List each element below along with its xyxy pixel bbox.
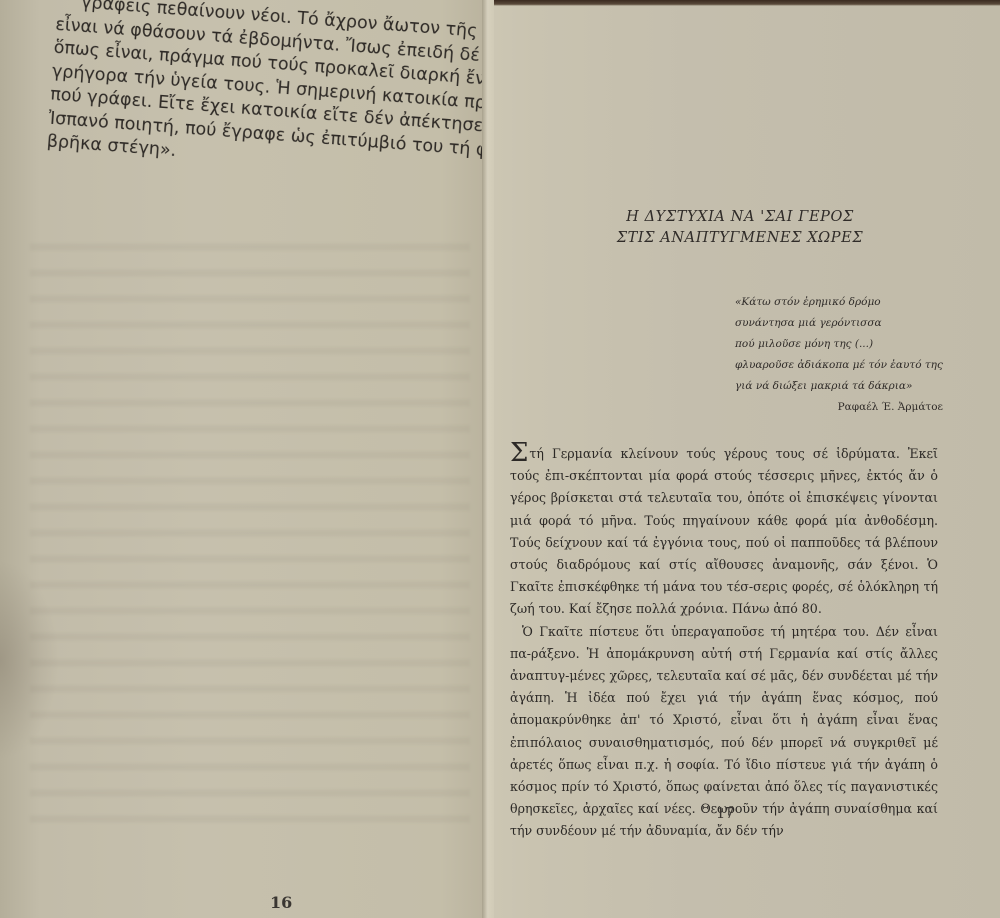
epigraph-attribution: Ραφαέλ Έ. Ἀρμάτοε — [735, 397, 975, 418]
page-number-left: 16 — [270, 893, 292, 912]
epigraph-line: γιά νά διώξει μακριά τά δάκρια» — [735, 376, 975, 397]
chapter-title: Η ΔΥΣΤΥΧΙΑ ΝΑ 'ΣΑΙ ΓΕΡΟΣ ΣΤΙΣ ΑΝΑΠΤΥΓΜΕΝ… — [500, 207, 980, 249]
left-page: γράφεις πεθαίνουν νέοι. Τό ἄχρον ἄωτον τ… — [0, 0, 486, 918]
paragraph: Στή Γερμανία κλείνουν τούς γέρους τους σ… — [510, 443, 938, 621]
chapter-title-line: ΣΤΙΣ ΑΝΑΠΤΥΓΜΕΝΕΣ ΧΩΡΕΣ — [500, 228, 980, 249]
chapter-title-line: Η ΔΥΣΤΥΧΙΑ ΝΑ 'ΣΑΙ ΓΕΡΟΣ — [500, 207, 980, 228]
book-spread: γράφεις πεθαίνουν νέοι. Τό ἄχρον ἄωτον τ… — [0, 0, 1000, 918]
epigraph-line: πού μιλοῦσε μόνη της (...) — [735, 334, 975, 355]
left-page-text: γράφεις πεθαίνουν νέοι. Τό ἄχρον ἄωτον τ… — [46, 0, 486, 188]
body-text: Στή Γερμανία κλείνουν τούς γέρους τους σ… — [510, 443, 938, 843]
paragraph-text: τή Γερμανία κλείνουν τούς γέρους τους σέ… — [510, 446, 938, 616]
epigraph-line: «Κάτω στόν ἐρημικό δρόμο — [735, 292, 975, 313]
bleed-through-text — [30, 230, 470, 830]
page-shadow — [0, 560, 60, 760]
epigraph-line: συνάντησα μιά γερόντισσα — [735, 313, 975, 334]
epigraph-line: φλυαροῦσε ἀδιάκοπα μέ τόν ἑαυτό της — [735, 355, 975, 376]
drop-cap: Σ — [510, 438, 528, 468]
page-top-edge — [494, 0, 1000, 6]
page-number-right: 17 — [716, 806, 734, 822]
epigraph: «Κάτω στόν ἐρημικό δρόμο συνάντησα μιά γ… — [735, 292, 975, 418]
